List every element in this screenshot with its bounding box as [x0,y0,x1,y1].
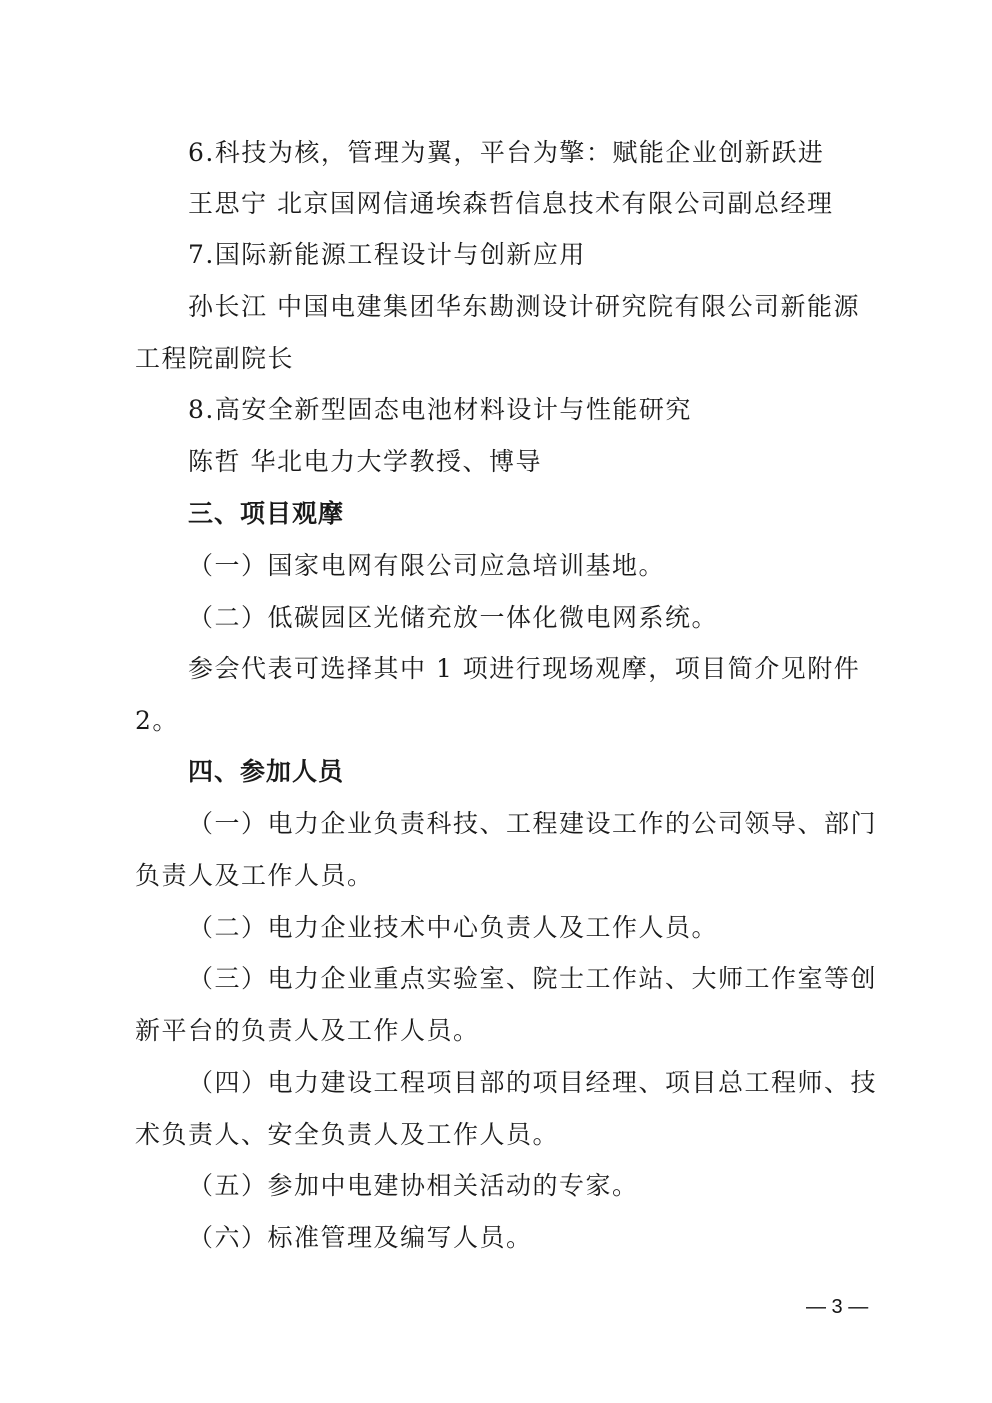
section-4-item-1-line2: 负责人及工作人员。 [135,861,374,891]
talk-8-speaker: 陈哲 华北电力大学教授、博导 [188,447,542,477]
talk-7-speaker-line2: 工程院副院长 [135,344,294,374]
section-4-item-4-line1: （四）电力建设工程项目部的项目经理、项目总工程师、技 [188,1068,877,1098]
talk-8-title: 8.高安全新型固态电池材料设计与性能研究 [188,395,692,425]
talk-7-title: 7.国际新能源工程设计与创新应用 [188,240,586,270]
section-3-heading: 三、项目观摩 [188,499,344,529]
section-4-item-3-line2: 新平台的负责人及工作人员。 [135,1016,480,1046]
section-3-note-line1: 参会代表可选择其中 1 项进行现场观摩，项目简介见附件 [188,654,860,684]
section-4-item-2: （二）电力企业技术中心负责人及工作人员。 [188,913,718,943]
section-3-note-line2: 2。 [135,706,179,736]
document-page: 6.科技为核，管理为翼，平台为擎：赋能企业创新跃进 王思宁 北京国网信通埃森哲信… [0,0,992,1403]
talk-7-speaker-line1: 孙长江 中国电建集团华东勘测设计研究院有限公司新能源 [188,292,860,322]
section-3-item-1: （一）国家电网有限公司应急培训基地。 [188,551,665,581]
page-number: — 3 — [806,1295,868,1319]
talk-6-title: 6.科技为核，管理为翼，平台为擎：赋能企业创新跃进 [188,138,824,168]
section-4-item-1-line1: （一）电力企业负责科技、工程建设工作的公司领导、部门 [188,809,877,839]
section-4-heading: 四、参加人员 [188,757,344,787]
section-4-item-4-line2: 术负责人、安全负责人及工作人员。 [135,1120,559,1150]
section-4-item-6: （六）标准管理及编写人员。 [188,1223,533,1253]
section-4-item-3-line1: （三）电力企业重点实验室、院士工作站、大师工作室等创 [188,964,877,994]
section-4-item-5: （五）参加中电建协相关活动的专家。 [188,1171,639,1201]
talk-6-speaker: 王思宁 北京国网信通埃森哲信息技术有限公司副总经理 [188,189,833,219]
section-3-item-2: （二）低碳园区光储充放一体化微电网系统。 [188,603,718,633]
